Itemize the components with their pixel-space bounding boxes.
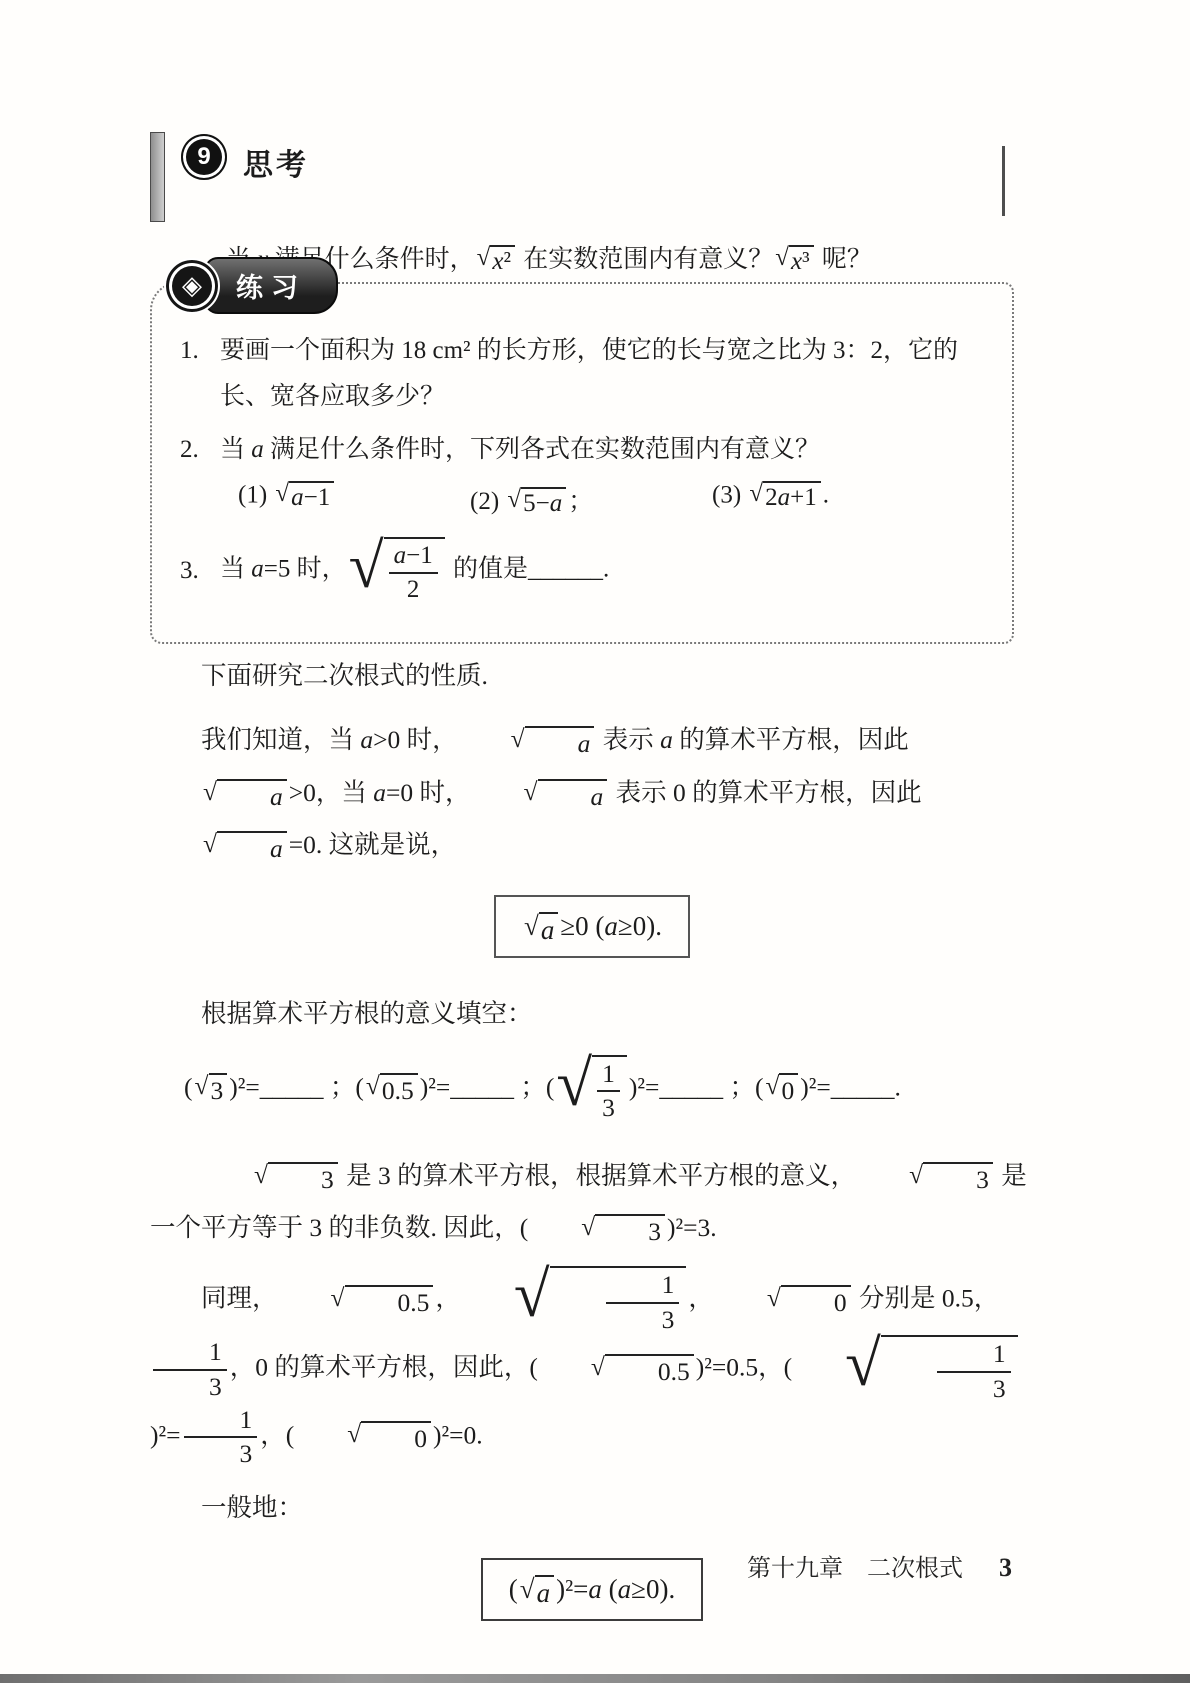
formula-box-sqrt-nonnegative: √a≥0 (a≥0). (494, 895, 690, 958)
practice-item-3: 3. 当 a=5 时，√a−12 的值是______. (180, 537, 988, 605)
formula-box-1-wrapper: √a≥0 (a≥0). (150, 895, 1034, 958)
scan-edge-strip (0, 1674, 1190, 1683)
page-footer: 第十九章 二次根式3 (0, 1548, 1012, 1583)
paragraph-fill-prompt: 根据算术平方根的意义填空： (150, 988, 1034, 1040)
practice-item-2: 2. 当 a 满足什么条件时，下列各式在实数范围内有意义？ (180, 427, 988, 473)
practice-badge-icon: ◈ (164, 258, 220, 314)
margin-tick-line (1002, 146, 1005, 216)
paragraph-generally: 一般地： (150, 1482, 1034, 1534)
expression-2: (2) √5−a； (470, 481, 712, 519)
think-icon: 9 (181, 134, 227, 180)
item-text: 当 a 满足什么条件时，下列各式在实数范围内有意义？ (220, 427, 988, 473)
item-number: 3. (180, 548, 220, 594)
main-text: 下面研究二次根式的性质. 我们知道，当 a>0 时，√a 表示 a 的算术平方根… (150, 650, 1034, 1651)
item-number: 1. (180, 328, 220, 421)
chapter-title: 第十九章 二次根式 (747, 1556, 963, 1582)
section-left-bar (150, 132, 165, 222)
paragraph-sqrt3: √3 是 3 的算术平方根，根据算术平方根的意义，√3 是一个平方等于 3 的非… (150, 1150, 1034, 1255)
item-text: 当 a=5 时，√a−12 的值是______. (220, 537, 988, 605)
paragraph-similarly: 同理，√0.5，√13，√0 分别是 0.5，13，0 的算术平方根，因此，(√… (150, 1266, 1034, 1470)
think-question: 当 x 满足什么条件时，√x² 在实数范围内有意义？√x³ 呢？ (226, 240, 1014, 280)
practice-badge: ◈ 练习 (164, 257, 338, 314)
practice-badge-label: 练习 (204, 257, 338, 314)
think-title: 思考 (243, 140, 309, 184)
item-number: 2. (180, 427, 220, 473)
page-number: 3 (999, 1553, 1012, 1582)
practice-list: 1. 要画一个面积为 18 cm² 的长方形，使它的长与宽之比为 3：2，它的长… (152, 284, 1012, 619)
item-text: 要画一个面积为 18 cm² 的长方形，使它的长与宽之比为 3：2，它的长、宽各… (220, 328, 988, 421)
paragraph-intro: 下面研究二次根式的性质. (150, 650, 1034, 702)
fill-in-blanks-row: (√3)²=_____ ；(√0.5)²=_____ ；(√13)²=_____… (150, 1055, 1034, 1124)
think-header: 9 思考 (150, 128, 1014, 222)
think-icon-glyph: 9 (197, 143, 210, 171)
practice-item-2-expressions: (1) √a−1 (2) √5−a； (3) √2a+1. (180, 481, 988, 519)
expression-3: (3) √2a+1. (712, 481, 829, 519)
expression-1: (1) √a−1 (238, 481, 470, 519)
practice-box: ◈ 练习 1. 要画一个面积为 18 cm² 的长方形，使它的长与宽之比为 3：… (150, 282, 1014, 644)
practice-icon-glyph: ◈ (182, 271, 202, 301)
paragraph-we-know: 我们知道，当 a>0 时，√a 表示 a 的算术平方根，因此√a>0，当 a=0… (150, 714, 1034, 871)
practice-item-1: 1. 要画一个面积为 18 cm² 的长方形，使它的长与宽之比为 3：2，它的长… (180, 328, 988, 421)
textbook-page: 9 思考 当 x 满足什么条件时，√x² 在实数范围内有意义？√x³ 呢？ ◈ … (0, 0, 1190, 1683)
